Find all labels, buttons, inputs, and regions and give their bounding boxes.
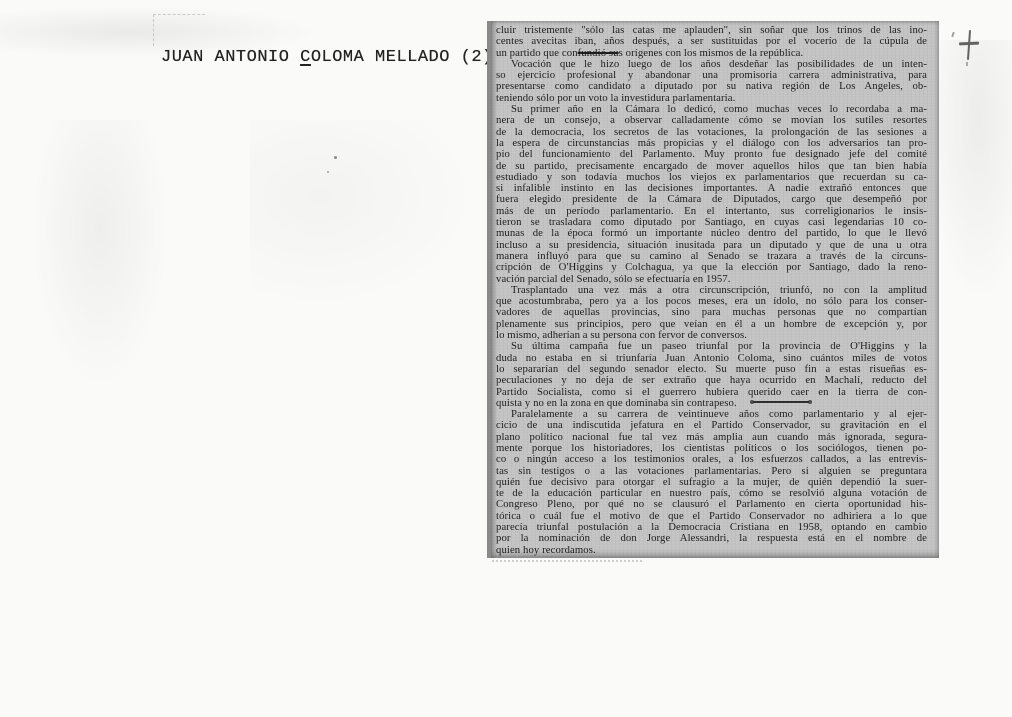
text-line: por la nominación de don Jorge Alessandr…: [496, 533, 927, 544]
text-line: quien hoy recordamos.: [496, 545, 927, 556]
cross-vertical-stroke: [967, 30, 971, 60]
pencil-tick: [951, 32, 954, 37]
text-line: munas de la época formó un importante nú…: [496, 228, 927, 239]
scan-noise-left-margin: [30, 120, 170, 390]
text-line: cripción de O'Higgins y Colchagua, ya qu…: [496, 262, 927, 273]
text-line: peculaciones y no deja de ser extraño qu…: [496, 375, 927, 386]
text-line: nera de un consejo, a observar calladame…: [496, 115, 927, 126]
strikethrough-text: fundió su: [578, 47, 619, 59]
text-line: cicio de una indiscutida jefatura en el …: [496, 420, 927, 431]
faint-dotted-line: [492, 560, 642, 562]
dust-speck: [327, 171, 329, 173]
dust-speck: [334, 156, 337, 159]
scan-noise-right-margin: [928, 40, 1012, 300]
pencil-tick: [966, 62, 968, 66]
page-title: JUAN ANTONIO COLOMA MELLADO (2): [161, 48, 493, 67]
text-line: co o ningún acceso a los testimonios ora…: [496, 454, 927, 465]
plus-cross-icon: [952, 26, 986, 66]
text-segment: un partido que con: [496, 47, 578, 59]
text-line: pio del funcionamiento del Parlamento. M…: [496, 149, 927, 160]
text-line: Su última campaña fue un paseo triunfal …: [496, 341, 927, 352]
newspaper-clipping: cluir tristemente "sólo las catas me apl…: [487, 21, 939, 558]
page-title-part1: JUAN ANTONIO: [161, 48, 300, 67]
faint-dashed-outline: [153, 14, 205, 46]
cross-horizontal-stroke: [959, 42, 979, 45]
scan-noise-center: [250, 120, 480, 310]
page-title-part2: OLOMA MELLADO (2): [311, 48, 493, 67]
article-text-column: cluir tristemente "sólo las catas me apl…: [496, 25, 927, 556]
text-segment: s orígenes con los mismos de la repúblic…: [619, 47, 804, 59]
scanned-document-page: { "colors": { "page_bg": "#fafaf8", "cli…: [0, 0, 1012, 717]
horizontal-rule-mark: [753, 401, 809, 403]
page-title-underlined-letter: C: [300, 48, 311, 67]
